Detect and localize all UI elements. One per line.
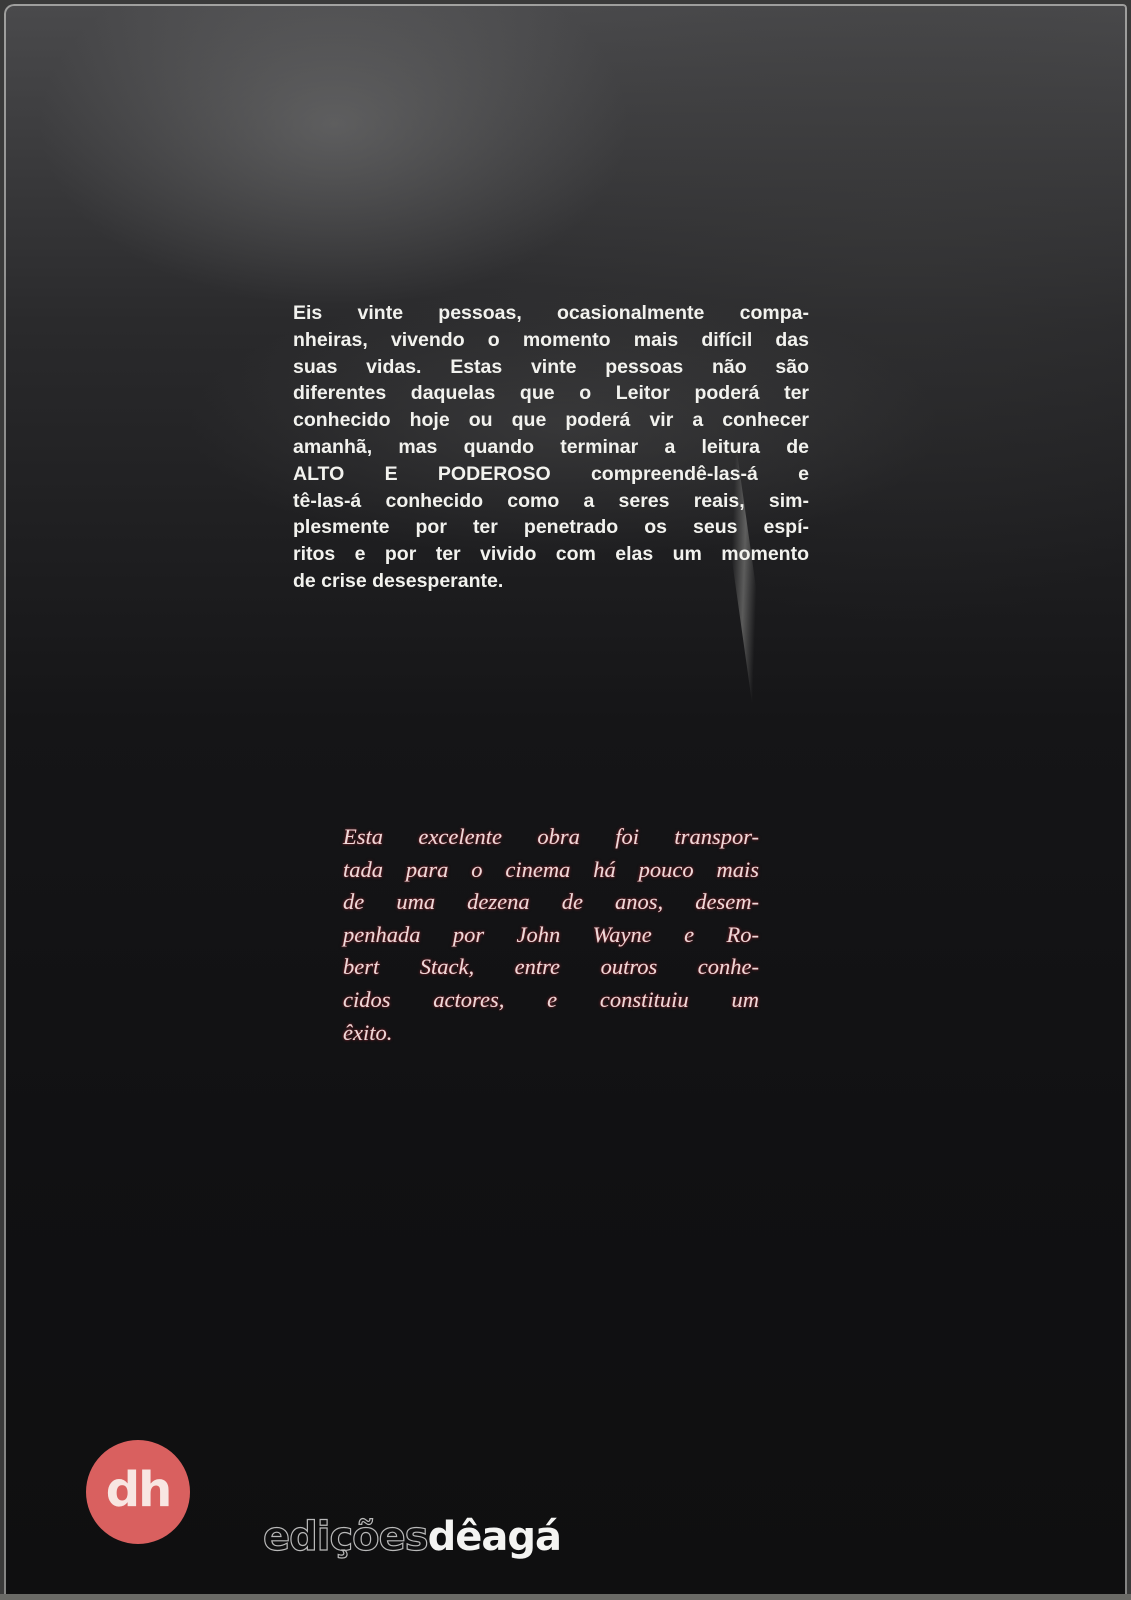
note-line: êxito. <box>343 1017 759 1050</box>
note-line: cidos actores, e constituiu um <box>343 984 759 1017</box>
blurb-line: Eis vinte pessoas, ocasionalmente compa- <box>293 300 809 327</box>
synopsis-blurb: Eis vinte pessoas, ocasionalmente compa-… <box>293 300 809 595</box>
blurb-line: de crise desesperante. <box>293 568 809 595</box>
note-line: Esta excelente obra foi transpor- <box>343 821 759 854</box>
publisher-name-outline: edições <box>263 1514 428 1560</box>
blurb-line: amanhã, mas quando terminar a leitura de <box>293 434 809 461</box>
blurb-line: tê-las-á conhecido como a seres reais, s… <box>293 488 809 515</box>
note-line: penhada por John Wayne e Ro- <box>343 919 759 952</box>
publisher-name-solid: dêagá <box>428 1514 561 1560</box>
blurb-line: conhecido hoje ou que poderá vir a conhe… <box>293 407 809 434</box>
cover-bottom-edge <box>0 1594 1131 1600</box>
publisher-name: ediçõesdêagá <box>263 1514 561 1560</box>
publisher-logo: dh <box>86 1440 190 1544</box>
blurb-line: suas vidas. Estas vinte pessoas não são <box>293 354 809 381</box>
blurb-line: plesmente por ter penetrado os seus espí… <box>293 514 809 541</box>
blurb-line: nheiras, vivendo o momento mais difícil … <box>293 327 809 354</box>
note-line: de uma dezena de anos, desem- <box>343 886 759 919</box>
blurb-line: ritos e por ter vivido com elas um momen… <box>293 541 809 568</box>
film-adaptation-note: Esta excelente obra foi transpor- tada p… <box>343 821 759 1049</box>
blurb-line: ALTO E PODEROSO compreendê-las-á e <box>293 461 809 488</box>
publisher-logo-text: dh <box>106 1462 171 1518</box>
note-line: bert Stack, entre outros conhe- <box>343 951 759 984</box>
note-line: tada para o cinema há pouco mais <box>343 854 759 887</box>
blurb-line: diferentes daquelas que o Leitor poderá … <box>293 380 809 407</box>
book-back-cover: Eis vinte pessoas, ocasionalmente compa-… <box>4 4 1127 1598</box>
